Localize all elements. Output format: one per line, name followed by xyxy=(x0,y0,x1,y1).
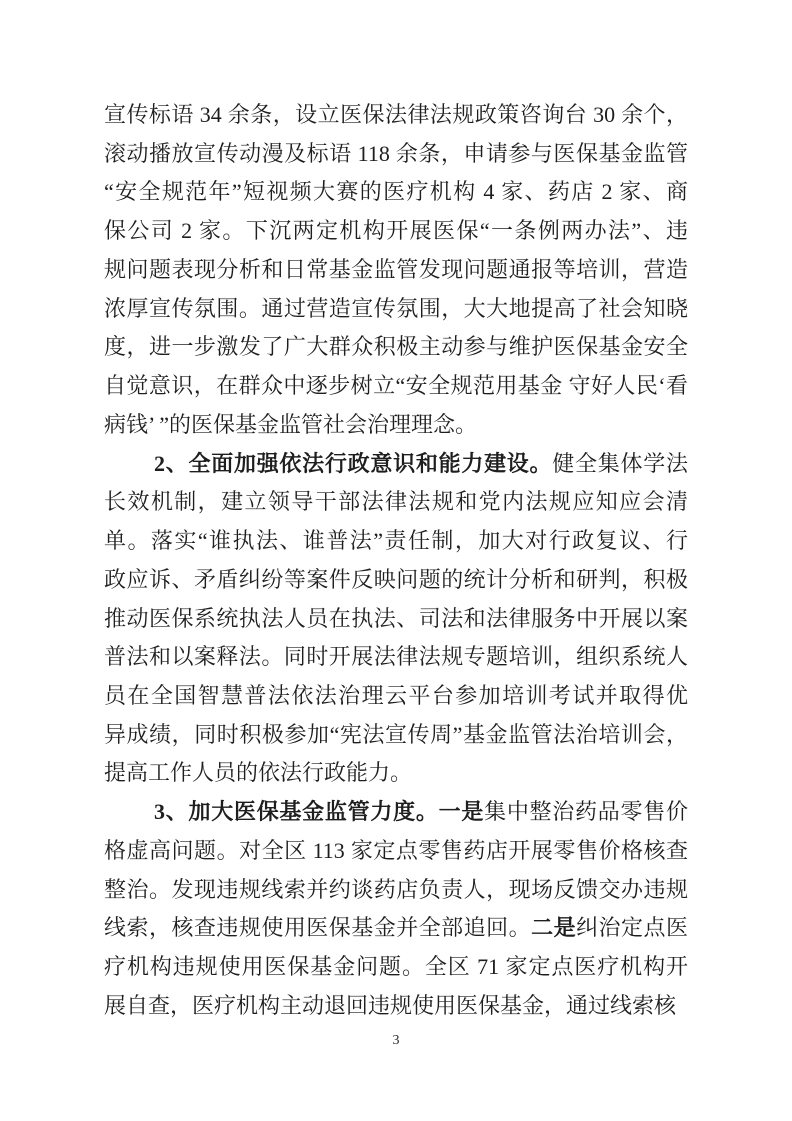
text-segment: 格虚高问题。对全区 113 家定点零售药店开展零售价格核查 xyxy=(104,838,688,863)
text-segment: 单。落实“谁执法、谁普法”责任制，加大对行政复议、行 xyxy=(104,528,688,553)
text-segment: 异成绩，同时积极参加“宪法宣传周”基金监管法治培训会， xyxy=(104,722,688,747)
text-line: 浓厚宣传氛围。通过营造宣传氛围，大大地提高了社会知晓 xyxy=(104,290,688,329)
text-segment: 推动医保系统执法人员在执法、司法和法律服务中开展以案 xyxy=(104,606,688,631)
text-line: 2、全面加强依法行政意识和能力建设。健全集体学法 xyxy=(104,445,688,484)
text-segment: 自觉意识，在群众中逐步树立“安全规范用基金 守好人民‘看 xyxy=(104,373,688,398)
text-line: 疗机构违规使用医保基金问题。全区 71 家定点医疗机构开 xyxy=(104,948,688,987)
text-segment-bold: 2、全面加强依法行政意识和能力建设。 xyxy=(154,451,552,476)
text-line: 单。落实“谁执法、谁普法”责任制，加大对行政复议、行 xyxy=(104,522,688,561)
text-segment: 疗机构违规使用医保基金问题。全区 71 家定点医疗机构开 xyxy=(104,954,688,979)
text-segment: 度，进一步激发了广大群众积极主动参与维护医保基金安全 xyxy=(104,334,688,359)
text-line: 3、加大医保基金监管力度。一是集中整治药品零售价 xyxy=(104,793,688,832)
text-line: 自觉意识，在群众中逐步树立“安全规范用基金 守好人民‘看 xyxy=(104,367,688,406)
text-line: 规问题表现分析和日常基金监管发现问题通报等培训，营造 xyxy=(104,251,688,290)
text-segment-bold: 3、加大医保基金监管力度。一是 xyxy=(154,799,484,824)
page-number: 3 xyxy=(0,1033,792,1049)
text-segment: 纠治定点医 xyxy=(576,915,688,940)
text-line: 提高工作人员的依法行政能力。 xyxy=(104,754,688,793)
text-segment: 浓厚宣传氛围。通过营造宣传氛围，大大地提高了社会知晓 xyxy=(104,296,688,321)
text-line: 普法和以案释法。同时开展法律法规专题培训，组织系统人 xyxy=(104,638,688,677)
text-line: 政应诉、矛盾纠纷等案件反映问题的统计分析和研判，积极 xyxy=(104,561,688,600)
text-line: 度，进一步激发了广大群众积极主动参与维护医保基金安全 xyxy=(104,328,688,367)
text-segment: 提高工作人员的依法行政能力。 xyxy=(104,760,412,785)
document-page: 宣传标语 34 余条，设立医保法律法规政策咨询台 30 余个，滚动播放宣传动漫及… xyxy=(0,0,792,1121)
text-line: 推动医保系统执法人员在执法、司法和法律服务中开展以案 xyxy=(104,600,688,639)
text-segment: 规问题表现分析和日常基金监管发现问题通报等培训，营造 xyxy=(104,257,688,282)
text-line: 滚动播放宣传动漫及标语 118 余条，申请参与医保基金监管 xyxy=(104,135,688,174)
text-segment: 整治。发现违规线索并约谈药店负责人，现场反馈交办违规 xyxy=(104,877,688,902)
text-line: 异成绩，同时积极参加“宪法宣传周”基金监管法治培训会， xyxy=(104,716,688,755)
text-line: 格虚高问题。对全区 113 家定点零售药店开展零售价格核查 xyxy=(104,832,688,871)
text-segment: 员在全国智慧普法依法治理云平台参加培训考试并取得优 xyxy=(104,683,688,708)
text-line: 整治。发现违规线索并约谈药店负责人，现场反馈交办违规 xyxy=(104,871,688,910)
text-segment: 滚动播放宣传动漫及标语 118 余条，申请参与医保基金监管 xyxy=(104,141,688,166)
text-line: 员在全国智慧普法依法治理云平台参加培训考试并取得优 xyxy=(104,677,688,716)
text-segment: 病钱’ ”的医保基金监管社会治理理念。 xyxy=(104,412,477,437)
text-line: 病钱’ ”的医保基金监管社会治理理念。 xyxy=(104,406,688,445)
text-segment: 普法和以案释法。同时开展法律法规专题培训，组织系统人 xyxy=(104,644,688,669)
text-segment: 展自查，医疗机构主动退回违规使用医保基金，通过线索核 xyxy=(104,993,676,1018)
document-body: 宣传标语 34 余条，设立医保法律法规政策咨询台 30 余个，滚动播放宣传动漫及… xyxy=(104,96,688,1026)
text-line: 长效机制，建立领导干部法律法规和党内法规应知应会清 xyxy=(104,483,688,522)
text-segment: 宣传标语 34 余条，设立医保法律法规政策咨询台 30 余个， xyxy=(104,102,688,127)
text-segment: 长效机制，建立领导干部法律法规和党内法规应知应会清 xyxy=(104,489,688,514)
text-segment: “安全规范年”短视频大赛的医疗机构 4 家、药店 2 家、商 xyxy=(104,179,688,204)
text-line: 宣传标语 34 余条，设立医保法律法规政策咨询台 30 余个， xyxy=(104,96,688,135)
text-segment: 线索，核查违规使用医保基金并全部追回。 xyxy=(104,915,531,940)
text-line: 展自查，医疗机构主动退回违规使用医保基金，通过线索核 xyxy=(104,987,688,1026)
text-line: 保公司 2 家。下沉两定机构开展医保“一条例两办法”、违 xyxy=(104,212,688,251)
text-line: “安全规范年”短视频大赛的医疗机构 4 家、药店 2 家、商 xyxy=(104,173,688,212)
text-segment: 集中整治药品零售价 xyxy=(484,799,688,824)
text-segment: 健全集体学法 xyxy=(552,451,688,476)
text-line: 线索，核查违规使用医保基金并全部追回。二是纠治定点医 xyxy=(104,909,688,948)
text-segment: 政应诉、矛盾纠纷等案件反映问题的统计分析和研判，积极 xyxy=(104,567,688,592)
text-segment-bold: 二是 xyxy=(531,915,576,940)
text-segment: 保公司 2 家。下沉两定机构开展医保“一条例两办法”、违 xyxy=(104,218,688,243)
